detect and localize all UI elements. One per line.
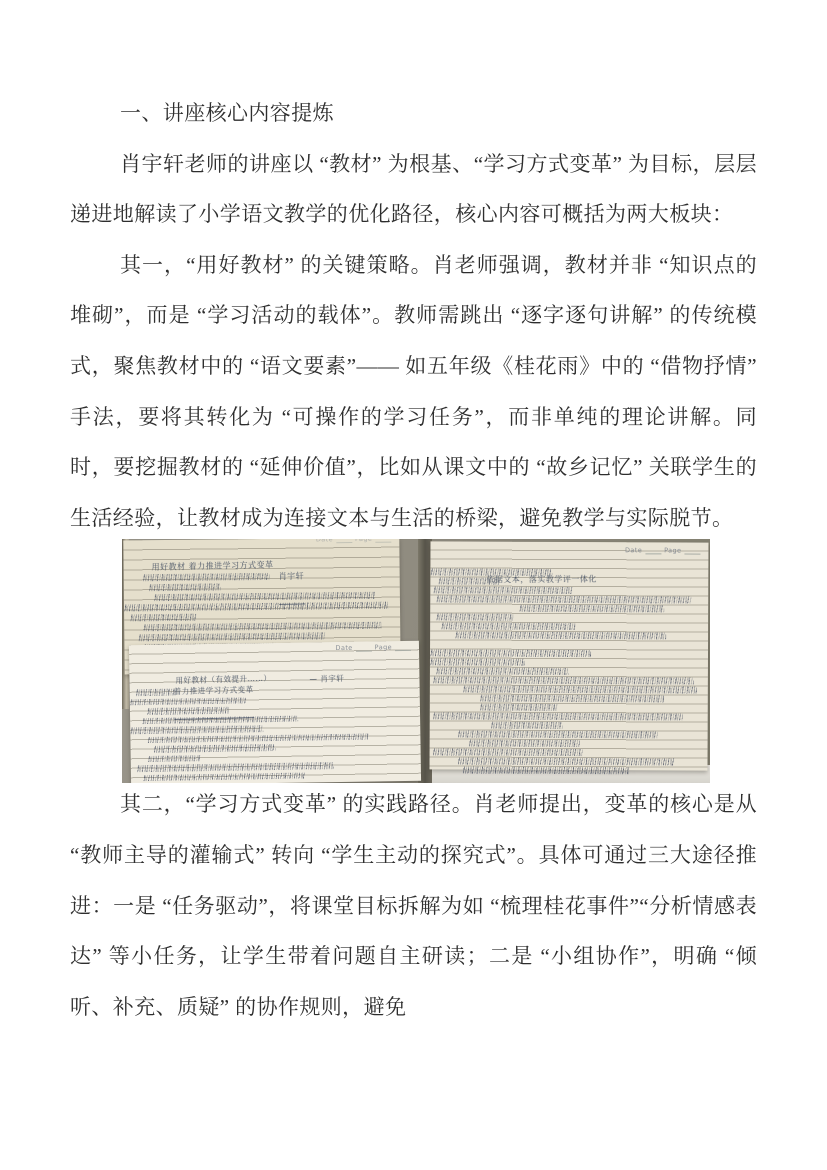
notes-author-signature: — 肖宇轩 bbox=[309, 654, 345, 705]
handwriting-line bbox=[142, 715, 299, 724]
handwriting-line bbox=[469, 740, 580, 747]
handwriting-line bbox=[154, 744, 276, 752]
handwriting-line bbox=[135, 689, 176, 696]
handwriting-line bbox=[439, 578, 500, 585]
handwriting-line bbox=[430, 569, 552, 576]
notebook-date-page-header: DatePage bbox=[335, 643, 411, 652]
handwriting-line bbox=[457, 758, 674, 765]
handwriting-line bbox=[433, 677, 694, 685]
notes-page-bottom-left: DatePage用好教材（有效提升……）— 肖宇轩着力推进学习方式变革 bbox=[129, 641, 421, 783]
handwriting-line bbox=[463, 767, 630, 774]
screenshot-root: { "document": { "heading": "一、讲座核心内容提炼",… bbox=[0, 0, 827, 1170]
handwritten-notes-photo: DatePage用好教材 着力推进学习方式变革肖宇轩DatePage用好教材（有… bbox=[122, 539, 710, 783]
handwriting-line bbox=[435, 668, 568, 675]
handwriting-line bbox=[148, 733, 368, 743]
handwriting-line bbox=[430, 659, 525, 666]
page-rule bbox=[395, 644, 411, 651]
handwriting-line bbox=[433, 587, 572, 594]
page-label: Page bbox=[355, 539, 372, 543]
handwriting-line bbox=[457, 731, 657, 738]
handwriting-line bbox=[143, 622, 380, 631]
notebook-date-page-header: DatePage bbox=[316, 539, 392, 543]
date-rule bbox=[336, 539, 352, 543]
notebook-date-page-header: DatePage bbox=[625, 547, 701, 555]
handwriting-line bbox=[480, 704, 558, 711]
handwriting-line bbox=[436, 614, 514, 621]
date-rule bbox=[356, 645, 372, 652]
handwriting-line bbox=[149, 584, 221, 591]
handwriting-line bbox=[148, 755, 200, 762]
body-paragraph-part2: 其二，“学习方式变革” 的实践路径。肖老师提出，变革的核心是从 “教师主导的灌输… bbox=[70, 779, 757, 1032]
body-paragraph-part1: 其一，“用好教材” 的关键策略。肖老师强调，教材并非 “知识点的堆砌”，而是 “… bbox=[70, 240, 757, 544]
handwriting-line bbox=[455, 632, 666, 639]
handwriting-line bbox=[130, 726, 263, 735]
page-rule bbox=[684, 548, 700, 555]
handwriting-line bbox=[432, 749, 582, 756]
handwriting-line bbox=[143, 772, 305, 781]
date-label: Date bbox=[625, 547, 642, 555]
handwriting-line bbox=[432, 713, 682, 721]
date-label: Date bbox=[316, 539, 333, 543]
handwriting-line bbox=[124, 602, 389, 611]
body-paragraph-intro: 肖宇轩老师的讲座以 “教材” 为根基、“学习方式变革” 为目标，层层递进地解读了… bbox=[70, 139, 757, 240]
handwriting-line bbox=[463, 686, 697, 694]
date-rule bbox=[645, 548, 661, 555]
handwriting-line bbox=[491, 722, 563, 729]
handwriting-line bbox=[138, 633, 326, 641]
date-label: Date bbox=[335, 644, 352, 652]
page-rule bbox=[375, 539, 391, 543]
handwriting-line bbox=[430, 650, 591, 657]
page-label: Page bbox=[664, 547, 681, 555]
handwriting-line bbox=[519, 605, 664, 612]
handwriting-line bbox=[480, 695, 663, 702]
handwriting-line bbox=[154, 592, 375, 601]
handwriting-line bbox=[436, 596, 692, 604]
document-body: 一、讲座核心内容提炼 肖宇轩老师的讲座以 “教材” 为根基、“学习方式变革” 为… bbox=[70, 88, 757, 1032]
page-label: Page bbox=[375, 643, 392, 651]
section-heading: 一、讲座核心内容提炼 bbox=[70, 88, 757, 139]
handwriting-line bbox=[441, 623, 574, 630]
handwriting-line bbox=[137, 762, 334, 772]
handwriting-line bbox=[130, 614, 196, 621]
notes-page-right: DatePage依据文本，落实教学评一体化 bbox=[430, 542, 709, 771]
